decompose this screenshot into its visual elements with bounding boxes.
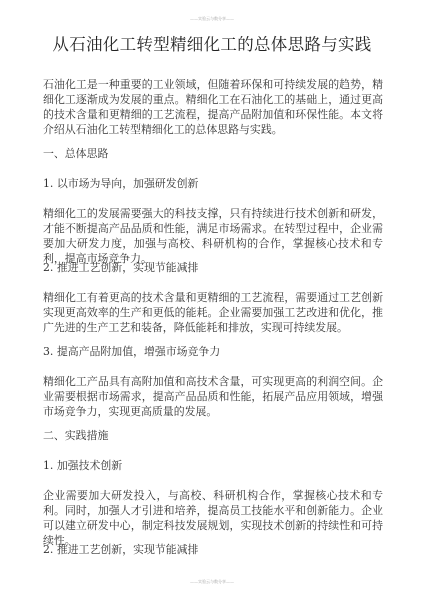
heading-text: 1. 以市场为导向，加强研发创新 [43, 176, 383, 191]
heading-text: 3. 提高产品附加值，增强市场竞争力 [43, 344, 383, 359]
section-heading-practice: 二、实践措施 [43, 428, 383, 443]
paragraph-text: 精细化工的发展需要强大的科技支撑，只有持续进行技术创新和研发，才能不断提高产品品… [43, 206, 383, 266]
subheading-process: 2. 推进工艺创新，实现节能减排 [43, 260, 383, 275]
heading-text: 2. 推进工艺创新，实现节能减排 [43, 260, 383, 275]
heading-text: 一、总体思路 [43, 146, 383, 161]
document-title: 从石油化工转型精细化工的总体思路与实践 [0, 31, 424, 55]
heading-text: 二、实践措施 [43, 428, 383, 443]
paragraph-value: 精细化工产品具有高附加值和高技术含量，可实现更高的利润空间。企业需要根据市场需求… [43, 374, 383, 419]
paragraph-text: 精细化工产品具有高附加值和高技术含量，可实现更高的利润空间。企业需要根据市场需求… [43, 374, 383, 419]
heading-text: 2. 推进工艺创新，实现节能减排 [43, 542, 383, 557]
paragraph-process: 精细化工有着更高的技术含量和更精细的工艺流程，需要通过工艺创新实现更高效率的生产… [43, 290, 383, 335]
page-footer: ——实验云与数分享—— [0, 579, 424, 585]
subheading-process-2: 2. 推进工艺创新，实现节能减排 [43, 542, 383, 557]
subheading-value: 3. 提高产品附加值，增强市场竞争力 [43, 344, 383, 359]
section-heading-overall: 一、总体思路 [43, 146, 383, 161]
subheading-tech: 1. 加强技术创新 [43, 458, 383, 473]
subheading-market: 1. 以市场为导向，加强研发创新 [43, 176, 383, 191]
page-header: ——实验云与数分享—— [0, 16, 424, 22]
paragraph-text: 企业需要加大研发投入，与高校、科研机构合作，掌握核心技术和专利。同时，加强人才引… [43, 488, 383, 548]
paragraph-tech: 企业需要加大研发投入，与高校、科研机构合作，掌握核心技术和专利。同时，加强人才引… [43, 488, 383, 548]
paragraph-text: 精细化工有着更高的技术含量和更精细的工艺流程，需要通过工艺创新实现更高效率的生产… [43, 290, 383, 335]
heading-text: 1. 加强技术创新 [43, 458, 383, 473]
paragraph-market: 精细化工的发展需要强大的科技支撑，只有持续进行技术创新和研发，才能不断提高产品品… [43, 206, 383, 266]
paragraph-intro: 石油化工是一种重要的工业领域，但随着环保和可持续发展的趋势，精细化工逐渐成为发展… [43, 77, 383, 137]
paragraph-text: 石油化工是一种重要的工业领域，但随着环保和可持续发展的趋势，精细化工逐渐成为发展… [43, 77, 383, 137]
